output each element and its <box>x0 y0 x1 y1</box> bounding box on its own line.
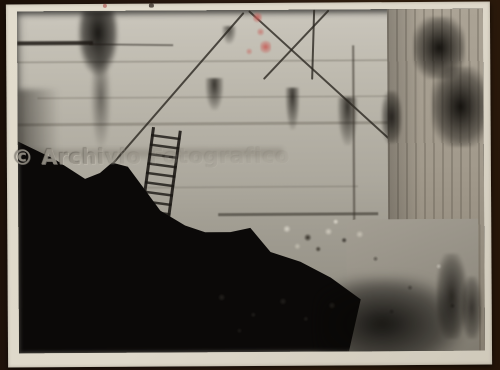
red-stain <box>257 28 264 36</box>
shrub-tuft <box>381 91 401 143</box>
floor-dark-mark <box>462 277 482 339</box>
red-stain <box>260 40 271 54</box>
rock-crevice <box>75 11 122 149</box>
photo-print <box>17 9 485 354</box>
red-speck <box>103 4 107 8</box>
red-stain <box>246 48 252 55</box>
cable-cross <box>263 10 329 80</box>
photo-paper: © Archivio Fotografico <box>6 2 492 368</box>
mounted-photograph: © Archivio Fotografico <box>0 0 500 370</box>
horizontal-crack <box>17 41 93 45</box>
rubble-pile <box>271 205 375 264</box>
red-stain <box>253 12 262 23</box>
dark-speck <box>149 4 154 8</box>
shrub-tuft <box>431 67 485 147</box>
wall-drip <box>285 88 299 130</box>
wall-blotch <box>205 78 223 110</box>
shadow-rubble-glints <box>186 261 362 350</box>
archive-watermark: © Archivio Fotografico <box>12 144 290 170</box>
